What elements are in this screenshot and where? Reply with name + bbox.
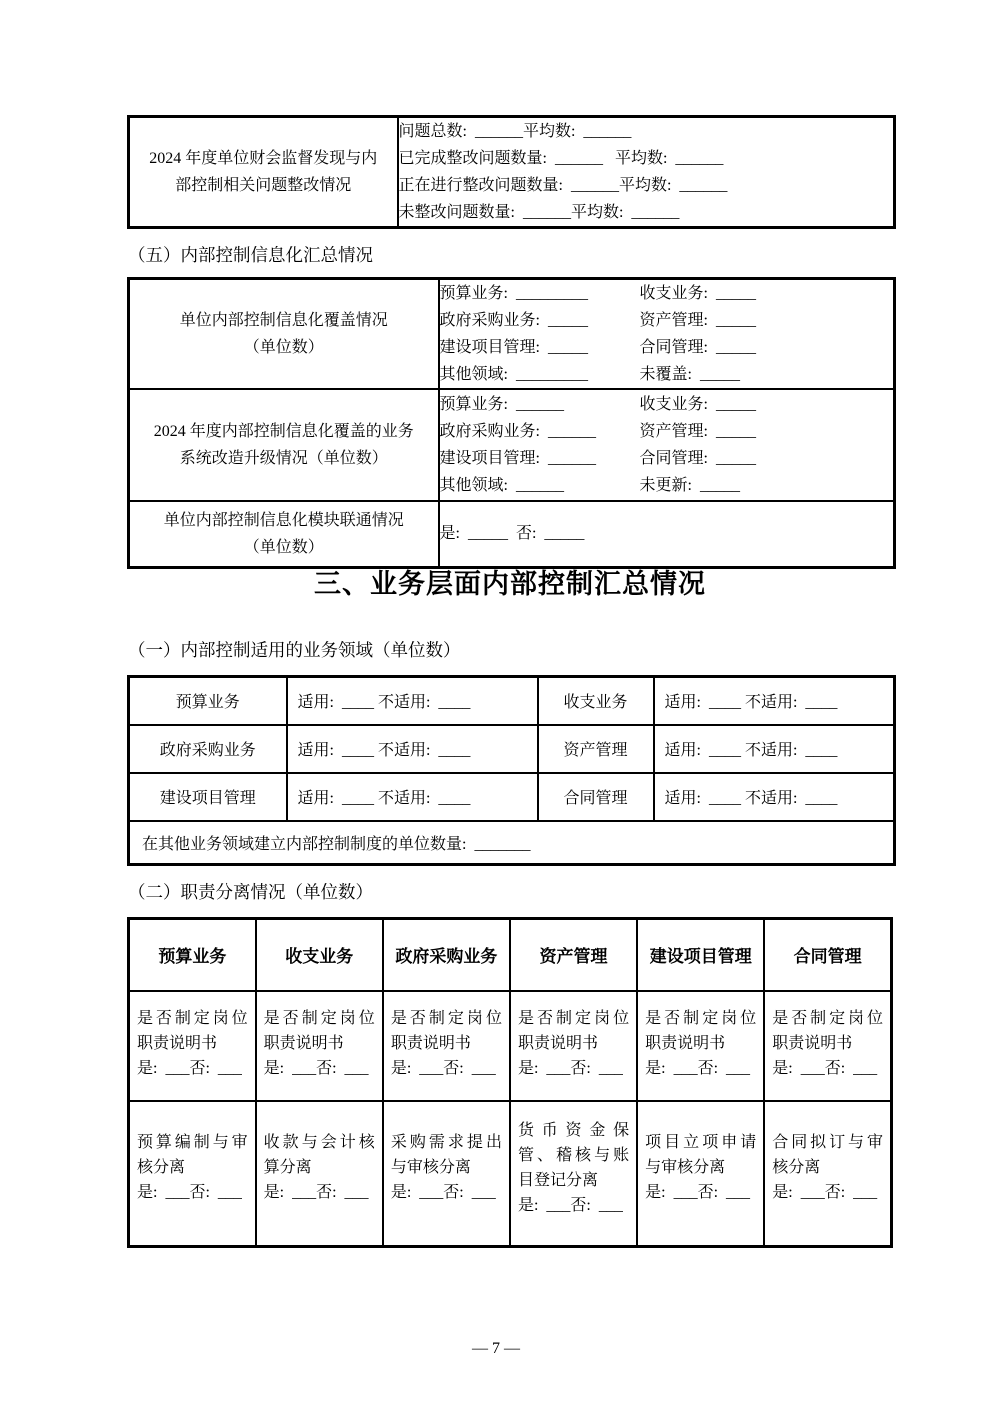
yes-no-blanks: 是: ___否: ___ (391, 1056, 502, 1081)
duty-cell: 是否制定岗位职责说明书 是: ___否: ___ (637, 991, 764, 1101)
area-blanks: 适用: ____ 不适用: ____ (654, 725, 895, 773)
area-blanks: 适用: ____ 不适用: ____ (654, 677, 895, 725)
upgrade-label: 2024 年度内部控制信息化覆盖的业务 系统改造升级情况（单位数） (129, 389, 439, 501)
duty-question: 是否制定岗位职责说明书 (772, 1006, 883, 1056)
module-link-values: 是: _____ 否: _____ (439, 501, 895, 567)
duty-question: 是否制定岗位职责说明书 (391, 1006, 502, 1056)
section-1-title: （一）内部控制适用的业务领域（单位数） (128, 638, 461, 662)
table-row: 2024 年度单位财会监督发现与内 部控制相关问题整改情况 问题总数: ____… (129, 117, 895, 228)
field-left: 建设项目管理: _____ (440, 334, 640, 361)
blank-field-line: 政府采购业务: ______ 资产管理: _____ (440, 418, 894, 445)
blank-field-line: 政府采购业务: _____ 资产管理: _____ (440, 307, 894, 334)
field-left: 其他领域: _________ (440, 361, 640, 388)
yes-no-blanks: 是: ___否: ___ (391, 1180, 502, 1205)
document-page: 2024 年度单位财会监督发现与内 部控制相关问题整改情况 问题总数: ____… (0, 0, 992, 1403)
field-left: 政府采购业务: ______ (440, 418, 640, 445)
table-header-row: 预算业务 收支业务 政府采购业务 资产管理 建设项目管理 合同管理 (129, 919, 892, 991)
duty-question: 是否制定岗位职责说明书 (264, 1006, 375, 1056)
area-name: 政府采购业务 (129, 725, 287, 773)
duty-cell: 项目立项申请与审核分离 是: ___否: ___ (637, 1101, 764, 1247)
duty-cell: 采购需求提出与审核分离 是: ___否: ___ (383, 1101, 510, 1247)
rectification-table: 2024 年度单位财会监督发现与内 部控制相关问题整改情况 问题总数: ____… (127, 115, 896, 229)
area-name: 资产管理 (538, 725, 654, 773)
table-row: 预算编制与审核分离 是: ___否: ___ 收款与会计核算分离 是: ___否… (129, 1101, 892, 1247)
section-2-title: （二）职责分离情况（单位数） (128, 880, 373, 904)
duty-cell: 货币资金保管、稽核与账目登记分离 是: ___否: ___ (510, 1101, 637, 1247)
area-blanks: 适用: ____ 不适用: ____ (287, 773, 538, 821)
applicable-areas-table: 预算业务 适用: ____ 不适用: ____ 收支业务 适用: ____ 不适… (127, 675, 896, 866)
duty-question: 是否制定岗位职责说明书 (645, 1006, 756, 1056)
field-left: 预算业务: ______ (440, 391, 640, 418)
field-left: 其他领域: ______ (440, 472, 640, 499)
duty-question: 货币资金保管、稽核与账目登记分离 (518, 1118, 629, 1193)
duty-cell: 是否制定岗位职责说明书 是: ___否: ___ (510, 991, 637, 1101)
label-line: 系统改造升级情况（单位数） (130, 445, 438, 472)
yes-no-blanks: 是: ___否: ___ (772, 1180, 883, 1205)
blank-field-line: 其他领域: ______ 未更新: _____ (440, 472, 894, 499)
segregation-table: 预算业务 收支业务 政府采购业务 资产管理 建设项目管理 合同管理 是否制定岗位… (127, 917, 893, 1248)
field-right: 资产管理: _____ (640, 307, 756, 334)
table-row: 单位内部控制信息化覆盖情况 （单位数） 预算业务: _________ 收支业务… (129, 279, 895, 390)
yes-no-blanks: 是: ___否: ___ (264, 1180, 375, 1205)
column-header: 收支业务 (256, 919, 383, 991)
field-right: 合同管理: _____ (640, 445, 756, 472)
blank-field-line: 其他领域: _________ 未覆盖: _____ (440, 361, 894, 388)
duty-cell: 是否制定岗位职责说明书 是: ___否: ___ (256, 991, 383, 1101)
duty-cell: 是否制定岗位职责说明书 是: ___否: ___ (129, 991, 256, 1101)
coverage-values: 预算业务: _________ 收支业务: _____ 政府采购业务: ____… (439, 279, 895, 390)
blank-field-line: 问题总数: ______平均数: ______ (399, 118, 894, 145)
area-blanks: 适用: ____ 不适用: ____ (654, 773, 895, 821)
area-blanks: 适用: ____ 不适用: ____ (287, 725, 538, 773)
yes-no-blanks: 是: ___否: ___ (518, 1193, 629, 1218)
area-name: 收支业务 (538, 677, 654, 725)
label-line: 部控制相关问题整改情况 (130, 172, 397, 199)
field-right: 未更新: _____ (640, 472, 740, 499)
duty-question: 收款与会计核算分离 (264, 1130, 375, 1180)
duty-question: 是否制定岗位职责说明书 (518, 1006, 629, 1056)
yes-no-blanks: 是: ___否: ___ (264, 1056, 375, 1081)
rectification-values: 问题总数: ______平均数: ______ 已完成整改问题数量: _____… (398, 117, 895, 228)
blank-field-line: 预算业务: ______ 收支业务: _____ (440, 391, 894, 418)
column-header: 建设项目管理 (637, 919, 764, 991)
yes-no-blanks: 是: ___否: ___ (772, 1056, 883, 1081)
blank-field-line: 是: _____ 否: _____ (440, 520, 894, 547)
blank-field-line: 正在进行整改问题数量: ______平均数: ______ (399, 172, 894, 199)
label-line: 单位内部控制信息化覆盖情况 (130, 307, 438, 334)
yes-no-blanks: 是: ___否: ___ (137, 1056, 248, 1081)
table-row: 预算业务 适用: ____ 不适用: ____ 收支业务 适用: ____ 不适… (129, 677, 895, 725)
yes-no-blanks: 是: ___否: ___ (518, 1056, 629, 1081)
coverage-label: 单位内部控制信息化覆盖情况 （单位数） (129, 279, 439, 390)
label-line: （单位数） (130, 534, 438, 561)
table-row: 是否制定岗位职责说明书 是: ___否: ___ 是否制定岗位职责说明书 是: … (129, 991, 892, 1101)
table-row: 政府采购业务 适用: ____ 不适用: ____ 资产管理 适用: ____ … (129, 725, 895, 773)
yes-no-blanks: 是: ___否: ___ (137, 1180, 248, 1205)
duty-question: 采购需求提出与审核分离 (391, 1130, 502, 1180)
section-5-title: （五）内部控制信息化汇总情况 (128, 243, 373, 267)
blank-field-line: 建设项目管理: _____ 合同管理: _____ (440, 334, 894, 361)
area-name: 建设项目管理 (129, 773, 287, 821)
page-number: — 7 — (0, 1340, 992, 1358)
duty-question: 合同拟订与审核分离 (772, 1130, 883, 1180)
duty-question: 项目立项申请与审核分离 (645, 1130, 756, 1180)
label-line: 单位内部控制信息化模块联通情况 (130, 507, 438, 534)
area-blanks: 适用: ____ 不适用: ____ (287, 677, 538, 725)
duty-cell: 是否制定岗位职责说明书 是: ___否: ___ (764, 991, 891, 1101)
informatization-table: 单位内部控制信息化覆盖情况 （单位数） 预算业务: _________ 收支业务… (127, 277, 896, 569)
column-header: 预算业务 (129, 919, 256, 991)
blank-field-line: 预算业务: _________ 收支业务: _____ (440, 280, 894, 307)
field-right: 收支业务: _____ (640, 280, 756, 307)
label-line: 2024 年度内部控制信息化覆盖的业务 (130, 418, 438, 445)
blank-field-line: 已完成整改问题数量: ______ 平均数: ______ (399, 145, 894, 172)
label-line: 2024 年度单位财会监督发现与内 (130, 145, 397, 172)
duty-cell: 是否制定岗位职责说明书 是: ___否: ___ (383, 991, 510, 1101)
field-left: 政府采购业务: _____ (440, 307, 640, 334)
upgrade-values: 预算业务: ______ 收支业务: _____ 政府采购业务: ______ … (439, 389, 895, 501)
column-header: 资产管理 (510, 919, 637, 991)
field-right: 收支业务: _____ (640, 391, 756, 418)
field-left: 预算业务: _________ (440, 280, 640, 307)
main-heading: 三、业务层面内部控制汇总情况 (127, 566, 893, 602)
duty-cell: 收款与会计核算分离 是: ___否: ___ (256, 1101, 383, 1247)
yes-no-blanks: 是: ___否: ___ (645, 1180, 756, 1205)
column-header: 政府采购业务 (383, 919, 510, 991)
table-row: 单位内部控制信息化模块联通情况 （单位数） 是: _____ 否: _____ (129, 501, 895, 567)
other-areas-row: 在其他业务领域建立内部控制制度的单位数量: _______ (129, 821, 895, 865)
yes-no-blanks: 是: ___否: ___ (645, 1056, 756, 1081)
blank-field-line: 未整改问题数量: ______平均数: ______ (399, 199, 894, 226)
column-header: 合同管理 (764, 919, 891, 991)
rectification-label: 2024 年度单位财会监督发现与内 部控制相关问题整改情况 (129, 117, 398, 228)
table-row: 建设项目管理 适用: ____ 不适用: ____ 合同管理 适用: ____ … (129, 773, 895, 821)
module-link-label: 单位内部控制信息化模块联通情况 （单位数） (129, 501, 439, 567)
table-row: 在其他业务领域建立内部控制制度的单位数量: _______ (129, 821, 895, 865)
table-row: 2024 年度内部控制信息化覆盖的业务 系统改造升级情况（单位数） 预算业务: … (129, 389, 895, 501)
field-left: 建设项目管理: ______ (440, 445, 640, 472)
area-name: 合同管理 (538, 773, 654, 821)
duty-question: 预算编制与审核分离 (137, 1130, 248, 1180)
label-line: （单位数） (130, 334, 438, 361)
duty-question: 是否制定岗位职责说明书 (137, 1006, 248, 1056)
duty-cell: 合同拟订与审核分离 是: ___否: ___ (764, 1101, 891, 1247)
blank-field-line: 建设项目管理: ______ 合同管理: _____ (440, 445, 894, 472)
field-right: 未覆盖: _____ (640, 361, 740, 388)
field-right: 资产管理: _____ (640, 418, 756, 445)
field-right: 合同管理: _____ (640, 334, 756, 361)
duty-cell: 预算编制与审核分离 是: ___否: ___ (129, 1101, 256, 1247)
area-name: 预算业务 (129, 677, 287, 725)
